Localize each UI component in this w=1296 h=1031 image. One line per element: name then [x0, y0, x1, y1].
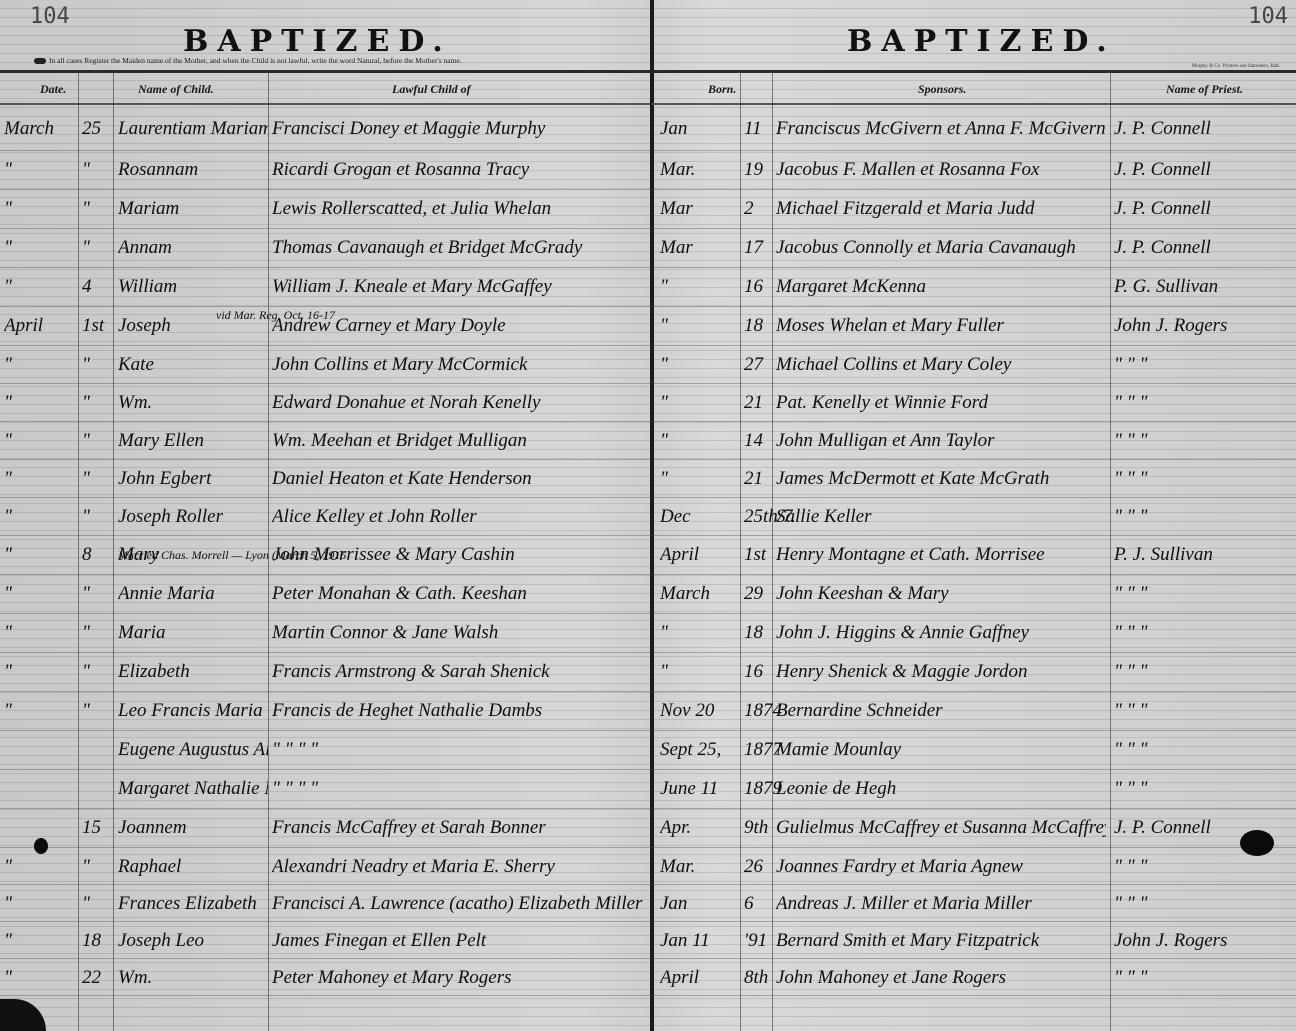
table-row: March 25 Laurentiam Mariam Francisci Don…	[0, 110, 1296, 151]
parents: Ricardi Grogan et Rosanna Tracy	[272, 159, 648, 181]
printer-imprint: Murphy & Co. Printers and Stationers, Ba…	[1192, 64, 1280, 69]
sponsors: Jacobus Connolly et Maria Cavanaugh	[776, 237, 1106, 259]
date-day: 4	[82, 276, 112, 298]
page-number-left: 104	[30, 4, 70, 29]
page-number-right: 104	[1248, 4, 1288, 29]
born-month: Apr.	[660, 817, 740, 839]
date-month: "	[4, 930, 76, 952]
priest-name: John J. Rogers	[1114, 930, 1294, 952]
child-name: Eugene Augustus Alfred	[118, 739, 268, 761]
sponsors: Mamie Mounlay	[776, 739, 1106, 761]
table-row: " " Joseph Roller Alice Kelley et John R…	[0, 498, 1296, 536]
sponsors: Sallie Keller	[776, 506, 1106, 528]
date-day: 1st	[82, 315, 112, 337]
sponsors: Margaret McKenna	[776, 276, 1106, 298]
child-name: Annie Maria	[118, 583, 268, 605]
mary-marriage-note: Married Chas. Morrell — Lyon (March 5, 1…	[118, 548, 346, 563]
child-name: Raphael	[118, 856, 268, 878]
date-month: "	[4, 856, 76, 878]
column-header-name-of-child: Name of Child.	[138, 82, 214, 97]
sponsors: Henry Montagne et Cath. Morrisee	[776, 544, 1106, 566]
child-name: Maria	[118, 622, 268, 644]
table-row: " " Frances Elizabeth Francisci A. Lawre…	[0, 885, 1296, 922]
parents: " " " "	[272, 739, 648, 761]
born-month: Dec	[660, 506, 740, 528]
born-month: "	[660, 661, 740, 683]
child-name: Laurentiam Mariam	[118, 118, 268, 140]
sponsors: John Mahoney et Jane Rogers	[776, 967, 1106, 989]
column-header-sponsors: Sponsors.	[918, 82, 966, 97]
date-day: 8	[82, 544, 112, 566]
child-name: Annam	[118, 237, 268, 259]
parents: Francis de Heghet Nathalie Dambs	[272, 700, 648, 722]
priest-name: J. P. Connell	[1114, 198, 1294, 220]
priest-name: J. P. Connell	[1114, 159, 1294, 181]
child-name: Mariam	[118, 198, 268, 220]
born-month: March	[660, 583, 740, 605]
header-rule	[0, 70, 652, 73]
date-day: "	[82, 354, 112, 376]
table-row: Margaret Nathalie Marie " " " " June 11 …	[0, 770, 1296, 809]
column-header-lawful-child-of: Lawful Child of	[392, 82, 471, 97]
sponsors: Michael Collins et Mary Coley	[776, 354, 1106, 376]
header-rule	[652, 70, 1296, 73]
child-name: Joseph Leo	[118, 930, 268, 952]
born-month: "	[660, 276, 740, 298]
child-name: Margaret Nathalie Marie	[118, 778, 268, 800]
child-name: Wm.	[118, 967, 268, 989]
date-month: "	[4, 237, 76, 259]
child-name: Joseph Roller	[118, 506, 268, 528]
parents: Francisci Doney et Maggie Murphy	[272, 118, 648, 140]
parents: " " " "	[272, 778, 648, 800]
sponsors: Bernardine Schneider	[776, 700, 1106, 722]
born-month: Nov 20	[660, 700, 740, 722]
born-month: "	[660, 392, 740, 414]
born-month: Mar	[660, 198, 740, 220]
table-row: " " Mary Ellen Wm. Meehan et Bridget Mul…	[0, 422, 1296, 460]
sponsors: Joannes Fardry et Maria Agnew	[776, 856, 1106, 878]
sponsors: Gulielmus McCaffrey et Susanna McCaffrey	[776, 817, 1106, 839]
date-day: "	[82, 856, 112, 878]
table-row: " " John Egbert Daniel Heaton et Kate He…	[0, 460, 1296, 498]
sponsors: Leonie de Hegh	[776, 778, 1106, 800]
born-month: Jan	[660, 893, 740, 915]
child-name: Rosannam	[118, 159, 268, 181]
parents: Peter Monahan & Cath. Keeshan	[272, 583, 648, 605]
date-day: "	[82, 622, 112, 644]
parents: Alexandri Neadry et Maria E. Sherry	[272, 856, 648, 878]
priest-name: " " "	[1114, 856, 1294, 878]
page-title-right: BAPTIZED.	[847, 24, 1116, 59]
child-name: John Egbert	[118, 468, 268, 490]
born-month: Sept 25,	[660, 739, 740, 761]
sponsors: Michael Fitzgerald et Maria Judd	[776, 198, 1106, 220]
table-row: Eugene Augustus Alfred " " " " Sept 25, …	[0, 731, 1296, 770]
born-month: "	[660, 622, 740, 644]
sponsors: Jacobus F. Mallen et Rosanna Fox	[776, 159, 1106, 181]
date-month: March	[4, 118, 76, 140]
born-month: "	[660, 468, 740, 490]
date-month: "	[4, 430, 76, 452]
child-name: Frances Elizabeth	[118, 893, 268, 915]
date-day: "	[82, 506, 112, 528]
sponsors: Franciscus McGivern et Anna F. McGivern	[776, 118, 1106, 140]
born-month: April	[660, 544, 740, 566]
date-day: 15	[82, 817, 112, 839]
priest-name: " " "	[1114, 893, 1294, 915]
priest-name: " " "	[1114, 506, 1294, 528]
date-month: "	[4, 622, 76, 644]
column-header-name-of-priest: Name of Priest.	[1166, 82, 1243, 97]
priest-name: J. P. Connell	[1114, 237, 1294, 259]
born-month: "	[660, 315, 740, 337]
date-month: "	[4, 661, 76, 683]
sponsors: Pat. Kenelly et Winnie Ford	[776, 392, 1106, 414]
column-header-rule	[0, 103, 652, 105]
date-month: April	[4, 315, 76, 337]
sponsors: John J. Higgins & Annie Gaffney	[776, 622, 1106, 644]
sponsors: Henry Shenick & Maggie Jordon	[776, 661, 1106, 683]
date-day: "	[82, 392, 112, 414]
table-row: " " Rosannam Ricardi Grogan et Rosanna T…	[0, 151, 1296, 190]
date-day: "	[82, 893, 112, 915]
table-row: April 1st Joseph Andrew Carney et Mary D…	[0, 307, 1296, 346]
priest-name: " " "	[1114, 354, 1294, 376]
date-month: "	[4, 159, 76, 181]
parents: Thomas Cavanaugh et Bridget McGrady	[272, 237, 648, 259]
sponsors: Bernard Smith et Mary Fitzpatrick	[776, 930, 1106, 952]
table-row: " " Maria Martin Connor & Jane Walsh " 1…	[0, 614, 1296, 653]
parents: Lewis Rollerscatted, et Julia Whelan	[272, 198, 648, 220]
date-month: "	[4, 583, 76, 605]
child-name: William	[118, 276, 268, 298]
date-month: "	[4, 506, 76, 528]
column-header-born: Born.	[708, 82, 736, 97]
page-title-left: BAPTIZED.	[183, 24, 452, 59]
table-row: " 4 William William J. Kneale et Mary Mc…	[0, 268, 1296, 307]
sponsors: Andreas J. Miller et Maria Miller	[776, 893, 1106, 915]
date-day: "	[82, 468, 112, 490]
table-row: " " Wm. Edward Donahue et Norah Kenelly …	[0, 384, 1296, 422]
child-name: Leo Francis Maria	[118, 700, 268, 722]
born-month: Jan 11	[660, 930, 740, 952]
date-month: "	[4, 967, 76, 989]
date-month: "	[4, 198, 76, 220]
child-name: Elizabeth	[118, 661, 268, 683]
parents: Wm. Meehan et Bridget Mulligan	[272, 430, 648, 452]
sponsors: Moses Whelan et Mary Fuller	[776, 315, 1106, 337]
born-month: Mar	[660, 237, 740, 259]
date-month: "	[4, 468, 76, 490]
child-name: Kate	[118, 354, 268, 376]
sponsors: John Keeshan & Mary	[776, 583, 1106, 605]
parents: Alice Kelley et John Roller	[272, 506, 648, 528]
born-month: Jan	[660, 118, 740, 140]
table-row: " " Raphael Alexandri Neadry et Maria E.…	[0, 848, 1296, 885]
table-row: 15 Joannem Francis McCaffrey et Sarah Bo…	[0, 809, 1296, 848]
parents: Daniel Heaton et Kate Henderson	[272, 468, 648, 490]
instruction-note: In all cases Register the Maiden name of…	[34, 56, 462, 65]
date-day: "	[82, 198, 112, 220]
priest-name: " " "	[1114, 430, 1294, 452]
pointing-hand-icon	[34, 58, 46, 64]
date-month: "	[4, 700, 76, 722]
date-month: "	[4, 893, 76, 915]
child-name: Mary Ellen	[118, 430, 268, 452]
priest-name: " " "	[1114, 583, 1294, 605]
instruction-text: In all cases Register the Maiden name of…	[49, 56, 462, 65]
table-row: " 18 Joseph Leo James Finegan et Ellen P…	[0, 922, 1296, 959]
born-month: "	[660, 354, 740, 376]
date-day: "	[82, 661, 112, 683]
born-month: Mar.	[660, 856, 740, 878]
table-row: " " Kate John Collins et Mary McCormick …	[0, 346, 1296, 384]
date-month: "	[4, 354, 76, 376]
date-month: "	[4, 276, 76, 298]
parents: William J. Kneale et Mary McGaffey	[272, 276, 648, 298]
joseph-margin-note: vid Mar. Reg. Oct. 16-17	[216, 308, 335, 323]
priest-name: " " "	[1114, 778, 1294, 800]
date-day: "	[82, 583, 112, 605]
born-month: "	[660, 430, 740, 452]
table-row: " " Mariam Lewis Rollerscatted, et Julia…	[0, 190, 1296, 229]
priest-name: P. J. Sullivan	[1114, 544, 1294, 566]
date-day: 18	[82, 930, 112, 952]
priest-name: " " "	[1114, 468, 1294, 490]
priest-name: " " "	[1114, 392, 1294, 414]
priest-name: " " "	[1114, 700, 1294, 722]
parents: Francisci A. Lawrence (acatho) Elizabeth…	[272, 893, 648, 915]
date-day: "	[82, 159, 112, 181]
column-header-rule	[652, 103, 1296, 105]
child-name: Joannem	[118, 817, 268, 839]
child-name: Wm.	[118, 392, 268, 414]
sponsors: John Mulligan et Ann Taylor	[776, 430, 1106, 452]
parents: Martin Connor & Jane Walsh	[272, 622, 648, 644]
priest-name: " " "	[1114, 661, 1294, 683]
priest-name: P. G. Sullivan	[1114, 276, 1294, 298]
parents: James Finegan et Ellen Pelt	[272, 930, 648, 952]
date-day: 25	[82, 118, 112, 140]
table-row: " 22 Wm. Peter Mahoney et Mary Rogers Ap…	[0, 959, 1296, 996]
date-day: "	[82, 700, 112, 722]
table-row: " " Annam Thomas Cavanaugh et Bridget Mc…	[0, 229, 1296, 268]
born-month: April	[660, 967, 740, 989]
priest-name: J. P. Connell	[1114, 118, 1294, 140]
column-header-date: Date.	[40, 82, 66, 97]
born-month: June 11	[660, 778, 740, 800]
parents: Francis Armstrong & Sarah Shenick	[272, 661, 648, 683]
born-month: Mar.	[660, 159, 740, 181]
priest-name: " " "	[1114, 739, 1294, 761]
date-day: 22	[82, 967, 112, 989]
table-row: " " Annie Maria Peter Monahan & Cath. Ke…	[0, 575, 1296, 614]
priest-name: John J. Rogers	[1114, 315, 1294, 337]
ink-blot	[1240, 830, 1274, 856]
table-row: " " Elizabeth Francis Armstrong & Sarah …	[0, 653, 1296, 692]
priest-name: " " "	[1114, 967, 1294, 989]
register-spread: 104 BAPTIZED. In all cases Register the …	[0, 0, 1296, 1031]
parents: John Collins et Mary McCormick	[272, 354, 648, 376]
parents: Peter Mahoney et Mary Rogers	[272, 967, 648, 989]
date-month: "	[4, 544, 76, 566]
date-day: "	[82, 430, 112, 452]
parents: Edward Donahue et Norah Kenelly	[272, 392, 648, 414]
date-day: "	[82, 237, 112, 259]
sponsors: James McDermott et Kate McGrath	[776, 468, 1106, 490]
date-month: "	[4, 392, 76, 414]
priest-name: " " "	[1114, 622, 1294, 644]
ink-blot	[34, 838, 48, 854]
parents: Francis McCaffrey et Sarah Bonner	[272, 817, 648, 839]
table-row: " " Leo Francis Maria Francis de Heghet …	[0, 692, 1296, 731]
